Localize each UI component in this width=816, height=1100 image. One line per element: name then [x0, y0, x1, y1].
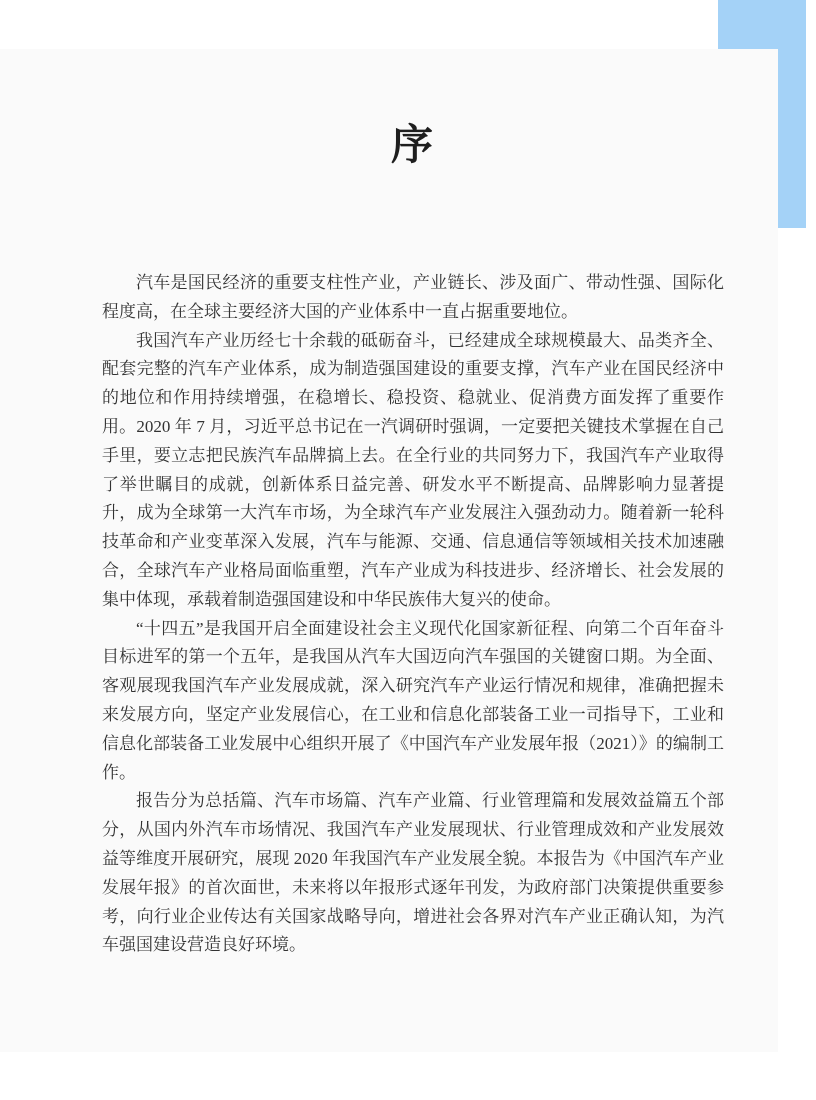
preface-paragraph: 汽车是国民经济的重要支柱性产业，产业链长、涉及面广、带动性强、国际化程度高，在全… [102, 269, 724, 327]
page-title: 序 [102, 123, 724, 167]
preface-paragraph: 我国汽车产业历经七十余载的砥砺奋斗，已经建成全球规模最大、品类齐全、配套完整的汽… [102, 327, 724, 615]
preface-paragraph: 报告分为总括篇、汽车市场篇、汽车产业篇、行业管理篇和发展效益篇五个部分，从国内外… [102, 787, 724, 960]
preface-paragraph: “十四五”是我国开启全面建设社会主义现代化国家新征程、向第二个百年奋斗目标进军的… [102, 615, 724, 788]
preface-page: 序 汽车是国民经济的重要支柱性产业，产业链长、涉及面广、带动性强、国际化程度高，… [0, 49, 778, 1052]
preface-body: 汽车是国民经济的重要支柱性产业，产业链长、涉及面广、带动性强、国际化程度高，在全… [102, 269, 724, 960]
